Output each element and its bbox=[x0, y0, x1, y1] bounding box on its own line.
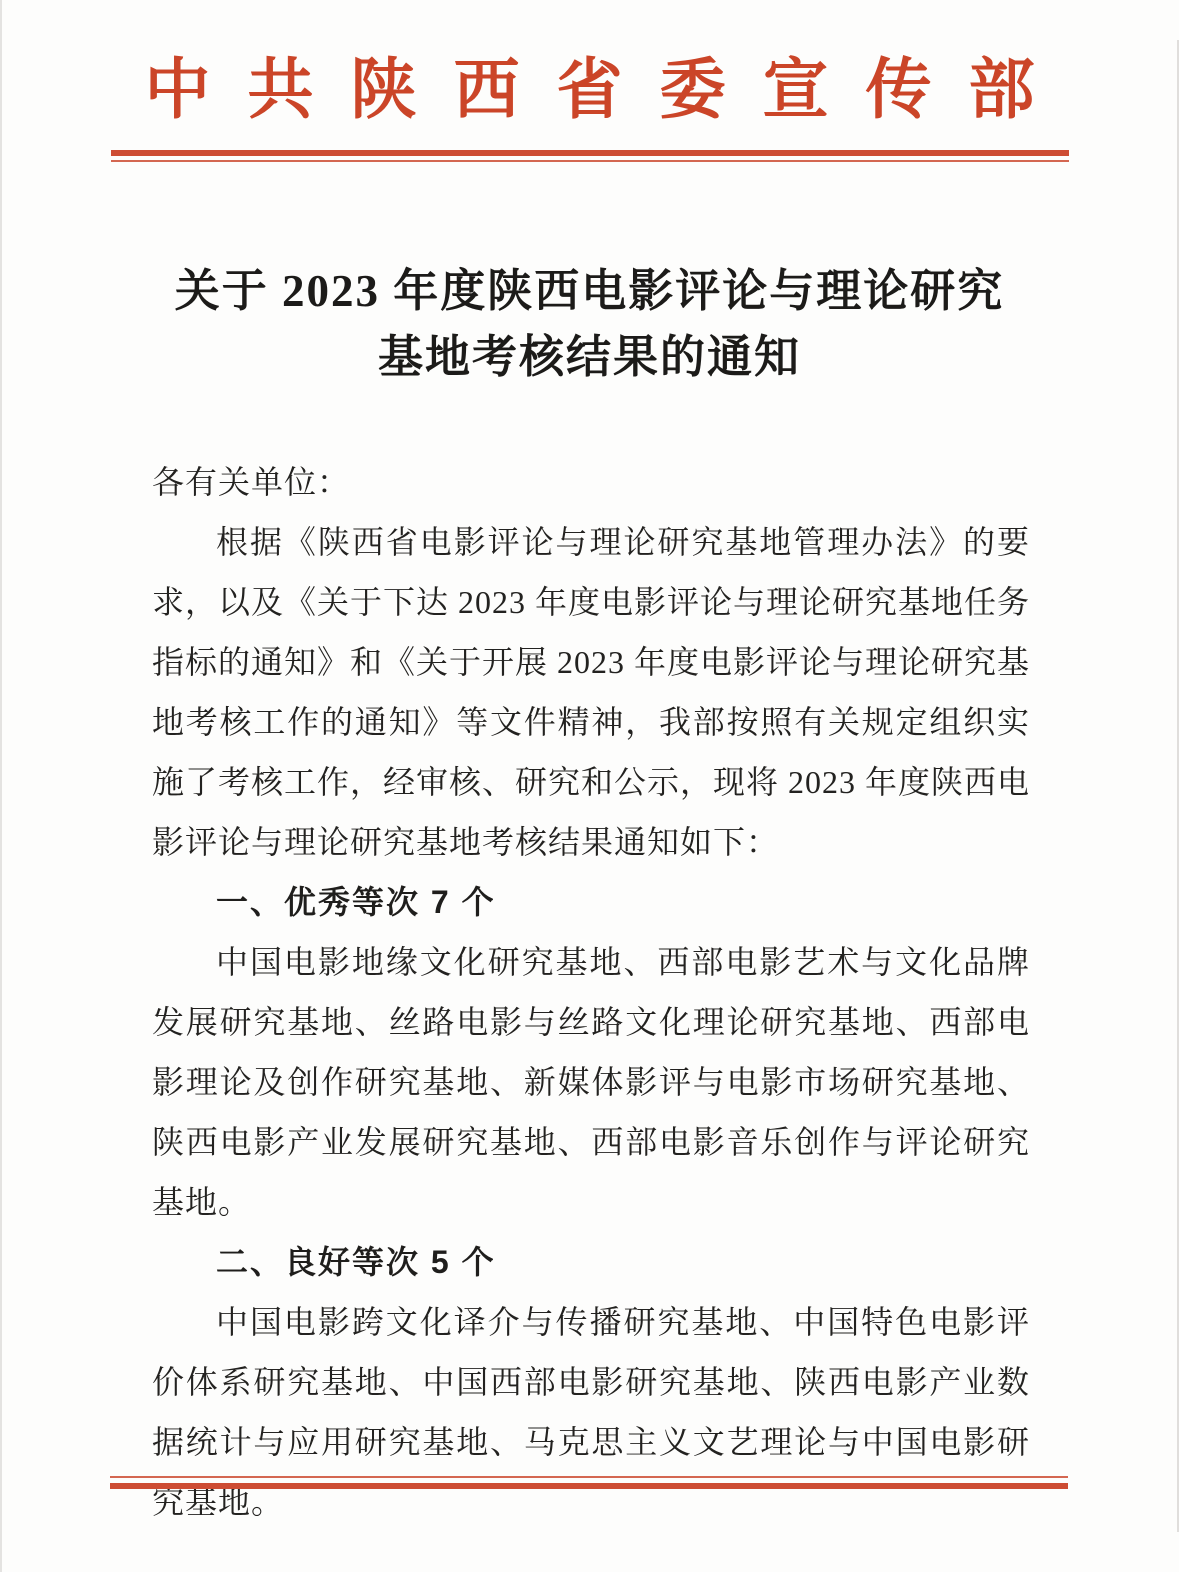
salutation: 各有关单位： bbox=[152, 452, 1030, 512]
section-2-body: 中国电影跨文化译介与传播研究基地、中国特色电影评价体系研究基地、中国西部电影研究… bbox=[152, 1292, 1030, 1532]
footer-rule-thin bbox=[110, 1476, 1068, 1478]
document-title-line-1: 关于 2023 年度陕西电影评论与理论研究 bbox=[175, 266, 1005, 316]
document-title-line-2: 基地考核结果的通知 bbox=[378, 332, 801, 382]
letterhead-rule-thick bbox=[111, 150, 1069, 156]
letterhead: 中共陕西省委宣传部 bbox=[0, 0, 1179, 162]
section-1-heading: 一、优秀等次 7 个 bbox=[152, 872, 1030, 932]
section-2-heading: 二、良好等次 5 个 bbox=[152, 1232, 1030, 1292]
letterhead-org-name: 中共陕西省委宣传部 bbox=[0, 56, 1179, 126]
section-1-body: 中国电影地缘文化研究基地、西部电影艺术与文化品牌发展研究基地、丝路电影与丝路文化… bbox=[152, 932, 1030, 1232]
footer-rule-thick bbox=[110, 1483, 1068, 1489]
footer-double-rule bbox=[110, 1476, 1068, 1489]
letterhead-rule-thin bbox=[111, 160, 1069, 162]
official-notice-page: 中共陕西省委宣传部 关于 2023 年度陕西电影评论与理论研究 基地考核结果的通… bbox=[0, 0, 1179, 1572]
intro-paragraph: 根据《陕西省电影评论与理论研究基地管理办法》的要求，以及《关于下达 2023 年… bbox=[152, 512, 1030, 872]
document-body: 各有关单位： 根据《陕西省电影评论与理论研究基地管理办法》的要求，以及《关于下达… bbox=[0, 452, 1179, 1532]
letterhead-double-rule bbox=[111, 150, 1069, 162]
document-title: 关于 2023 年度陕西电影评论与理论研究 基地考核结果的通知 bbox=[0, 258, 1179, 390]
